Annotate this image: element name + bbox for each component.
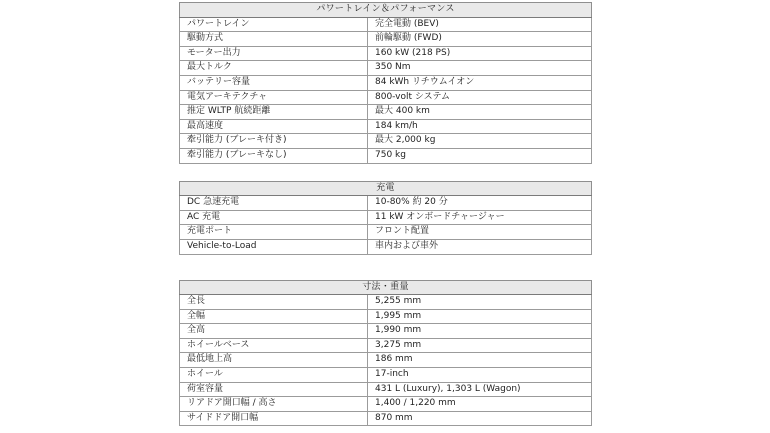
table-row: AC 充電 11 kW オンボードチャージャー (180, 210, 592, 225)
table-row: 荷室容量 431 L (Luxury), 1,303 L (Wagon) (180, 382, 592, 397)
spec-label: 全長 (180, 295, 368, 310)
spec-label: パワートレイン (180, 17, 368, 32)
table-row: Vehicle-to-Load 車内および車外 (180, 239, 592, 254)
dimensions-weight-table: 寸法・重量 全長 5,255 mm 全幅 1,995 mm 全高 1,990 m… (179, 280, 592, 427)
spec-value: 431 L (Luxury), 1,303 L (Wagon) (368, 382, 592, 397)
table-row: DC 急速充電 10-80% 約 20 分 (180, 196, 592, 211)
spec-value: 3,275 mm (368, 338, 592, 353)
table-row: サイドドア開口幅 870 mm (180, 411, 592, 426)
spec-tables: パワートレイン＆パフォーマンス パワートレイン 完全電動 (BEV) 駆動方式 … (179, 0, 591, 426)
table-row: リアドア開口幅 / 高さ 1,400 / 1,220 mm (180, 397, 592, 412)
spec-value: 完全電動 (BEV) (368, 17, 592, 32)
spec-label: 全高 (180, 324, 368, 339)
table-row: 全幅 1,995 mm (180, 309, 592, 324)
spec-label: ホイールベース (180, 338, 368, 353)
table-row: 最高速度 184 km/h (180, 119, 592, 134)
spec-value: 800-volt システム (368, 90, 592, 105)
spec-label: 全幅 (180, 309, 368, 324)
spec-value: 870 mm (368, 411, 592, 426)
spec-label: 最高速度 (180, 119, 368, 134)
spec-sheet-page: パワートレイン＆パフォーマンス パワートレイン 完全電動 (BEV) 駆動方式 … (0, 0, 770, 433)
spec-value: 750 kg (368, 148, 592, 163)
spec-value: 最大 2,000 kg (368, 134, 592, 149)
spec-value: 184 km/h (368, 119, 592, 134)
spec-label: 駆動方式 (180, 32, 368, 47)
spec-label: ホイール (180, 368, 368, 383)
table-title: パワートレイン＆パフォーマンス (180, 3, 592, 18)
spec-value: 84 kWh リチウムイオン (368, 75, 592, 90)
spec-label: 充電ポート (180, 225, 368, 240)
table-header-row: パワートレイン＆パフォーマンス (180, 3, 592, 18)
table-row: 推定 WLTP 航続距離 最大 400 km (180, 105, 592, 120)
table-row: 牽引能力 (ブレーキ付き) 最大 2,000 kg (180, 134, 592, 149)
table-row: 最低地上高 186 mm (180, 353, 592, 368)
spec-value: フロント配置 (368, 225, 592, 240)
table-row: 充電ポート フロント配置 (180, 225, 592, 240)
spec-label: DC 急速充電 (180, 196, 368, 211)
spec-label: モーター出力 (180, 46, 368, 61)
spec-label: リアドア開口幅 / 高さ (180, 397, 368, 412)
spec-value: 前輪駆動 (FWD) (368, 32, 592, 47)
spec-label: 牽引能力 (ブレーキなし) (180, 148, 368, 163)
table-row: 最大トルク 350 Nm (180, 61, 592, 76)
table-row: 全高 1,990 mm (180, 324, 592, 339)
spec-value: 車内および車外 (368, 239, 592, 254)
spec-value: 350 Nm (368, 61, 592, 76)
table-title: 寸法・重量 (180, 280, 592, 295)
spec-value: 10-80% 約 20 分 (368, 196, 592, 211)
powertrain-performance-table: パワートレイン＆パフォーマンス パワートレイン 完全電動 (BEV) 駆動方式 … (179, 2, 592, 164)
table-row: ホイール 17-inch (180, 368, 592, 383)
spec-label: サイドドア開口幅 (180, 411, 368, 426)
table-row: 全長 5,255 mm (180, 295, 592, 310)
spec-label: 最大トルク (180, 61, 368, 76)
table-row: モーター出力 160 kW (218 PS) (180, 46, 592, 61)
spec-value: 1,400 / 1,220 mm (368, 397, 592, 412)
table-row: パワートレイン 完全電動 (BEV) (180, 17, 592, 32)
spec-label: 荷室容量 (180, 382, 368, 397)
table-row: 駆動方式 前輪駆動 (FWD) (180, 32, 592, 47)
spec-label: 電気アーキテクチャ (180, 90, 368, 105)
spec-label: AC 充電 (180, 210, 368, 225)
spec-label: 推定 WLTP 航続距離 (180, 105, 368, 120)
table-row: ホイールベース 3,275 mm (180, 338, 592, 353)
spec-value: 1,995 mm (368, 309, 592, 324)
spec-label: 最低地上高 (180, 353, 368, 368)
spec-label: Vehicle-to-Load (180, 239, 368, 254)
spec-value: 最大 400 km (368, 105, 592, 120)
table-row: バッテリー容量 84 kWh リチウムイオン (180, 75, 592, 90)
table-title: 充電 (180, 181, 592, 196)
spec-value: 17-inch (368, 368, 592, 383)
spec-label: 牽引能力 (ブレーキ付き) (180, 134, 368, 149)
table-row: 牽引能力 (ブレーキなし) 750 kg (180, 148, 592, 163)
spec-value: 1,990 mm (368, 324, 592, 339)
table-header-row: 寸法・重量 (180, 280, 592, 295)
charging-table: 充電 DC 急速充電 10-80% 約 20 分 AC 充電 11 kW オンボ… (179, 181, 592, 255)
spec-label: バッテリー容量 (180, 75, 368, 90)
spec-value: 160 kW (218 PS) (368, 46, 592, 61)
spec-value: 5,255 mm (368, 295, 592, 310)
table-header-row: 充電 (180, 181, 592, 196)
spec-value: 11 kW オンボードチャージャー (368, 210, 592, 225)
table-row: 電気アーキテクチャ 800-volt システム (180, 90, 592, 105)
spec-value: 186 mm (368, 353, 592, 368)
